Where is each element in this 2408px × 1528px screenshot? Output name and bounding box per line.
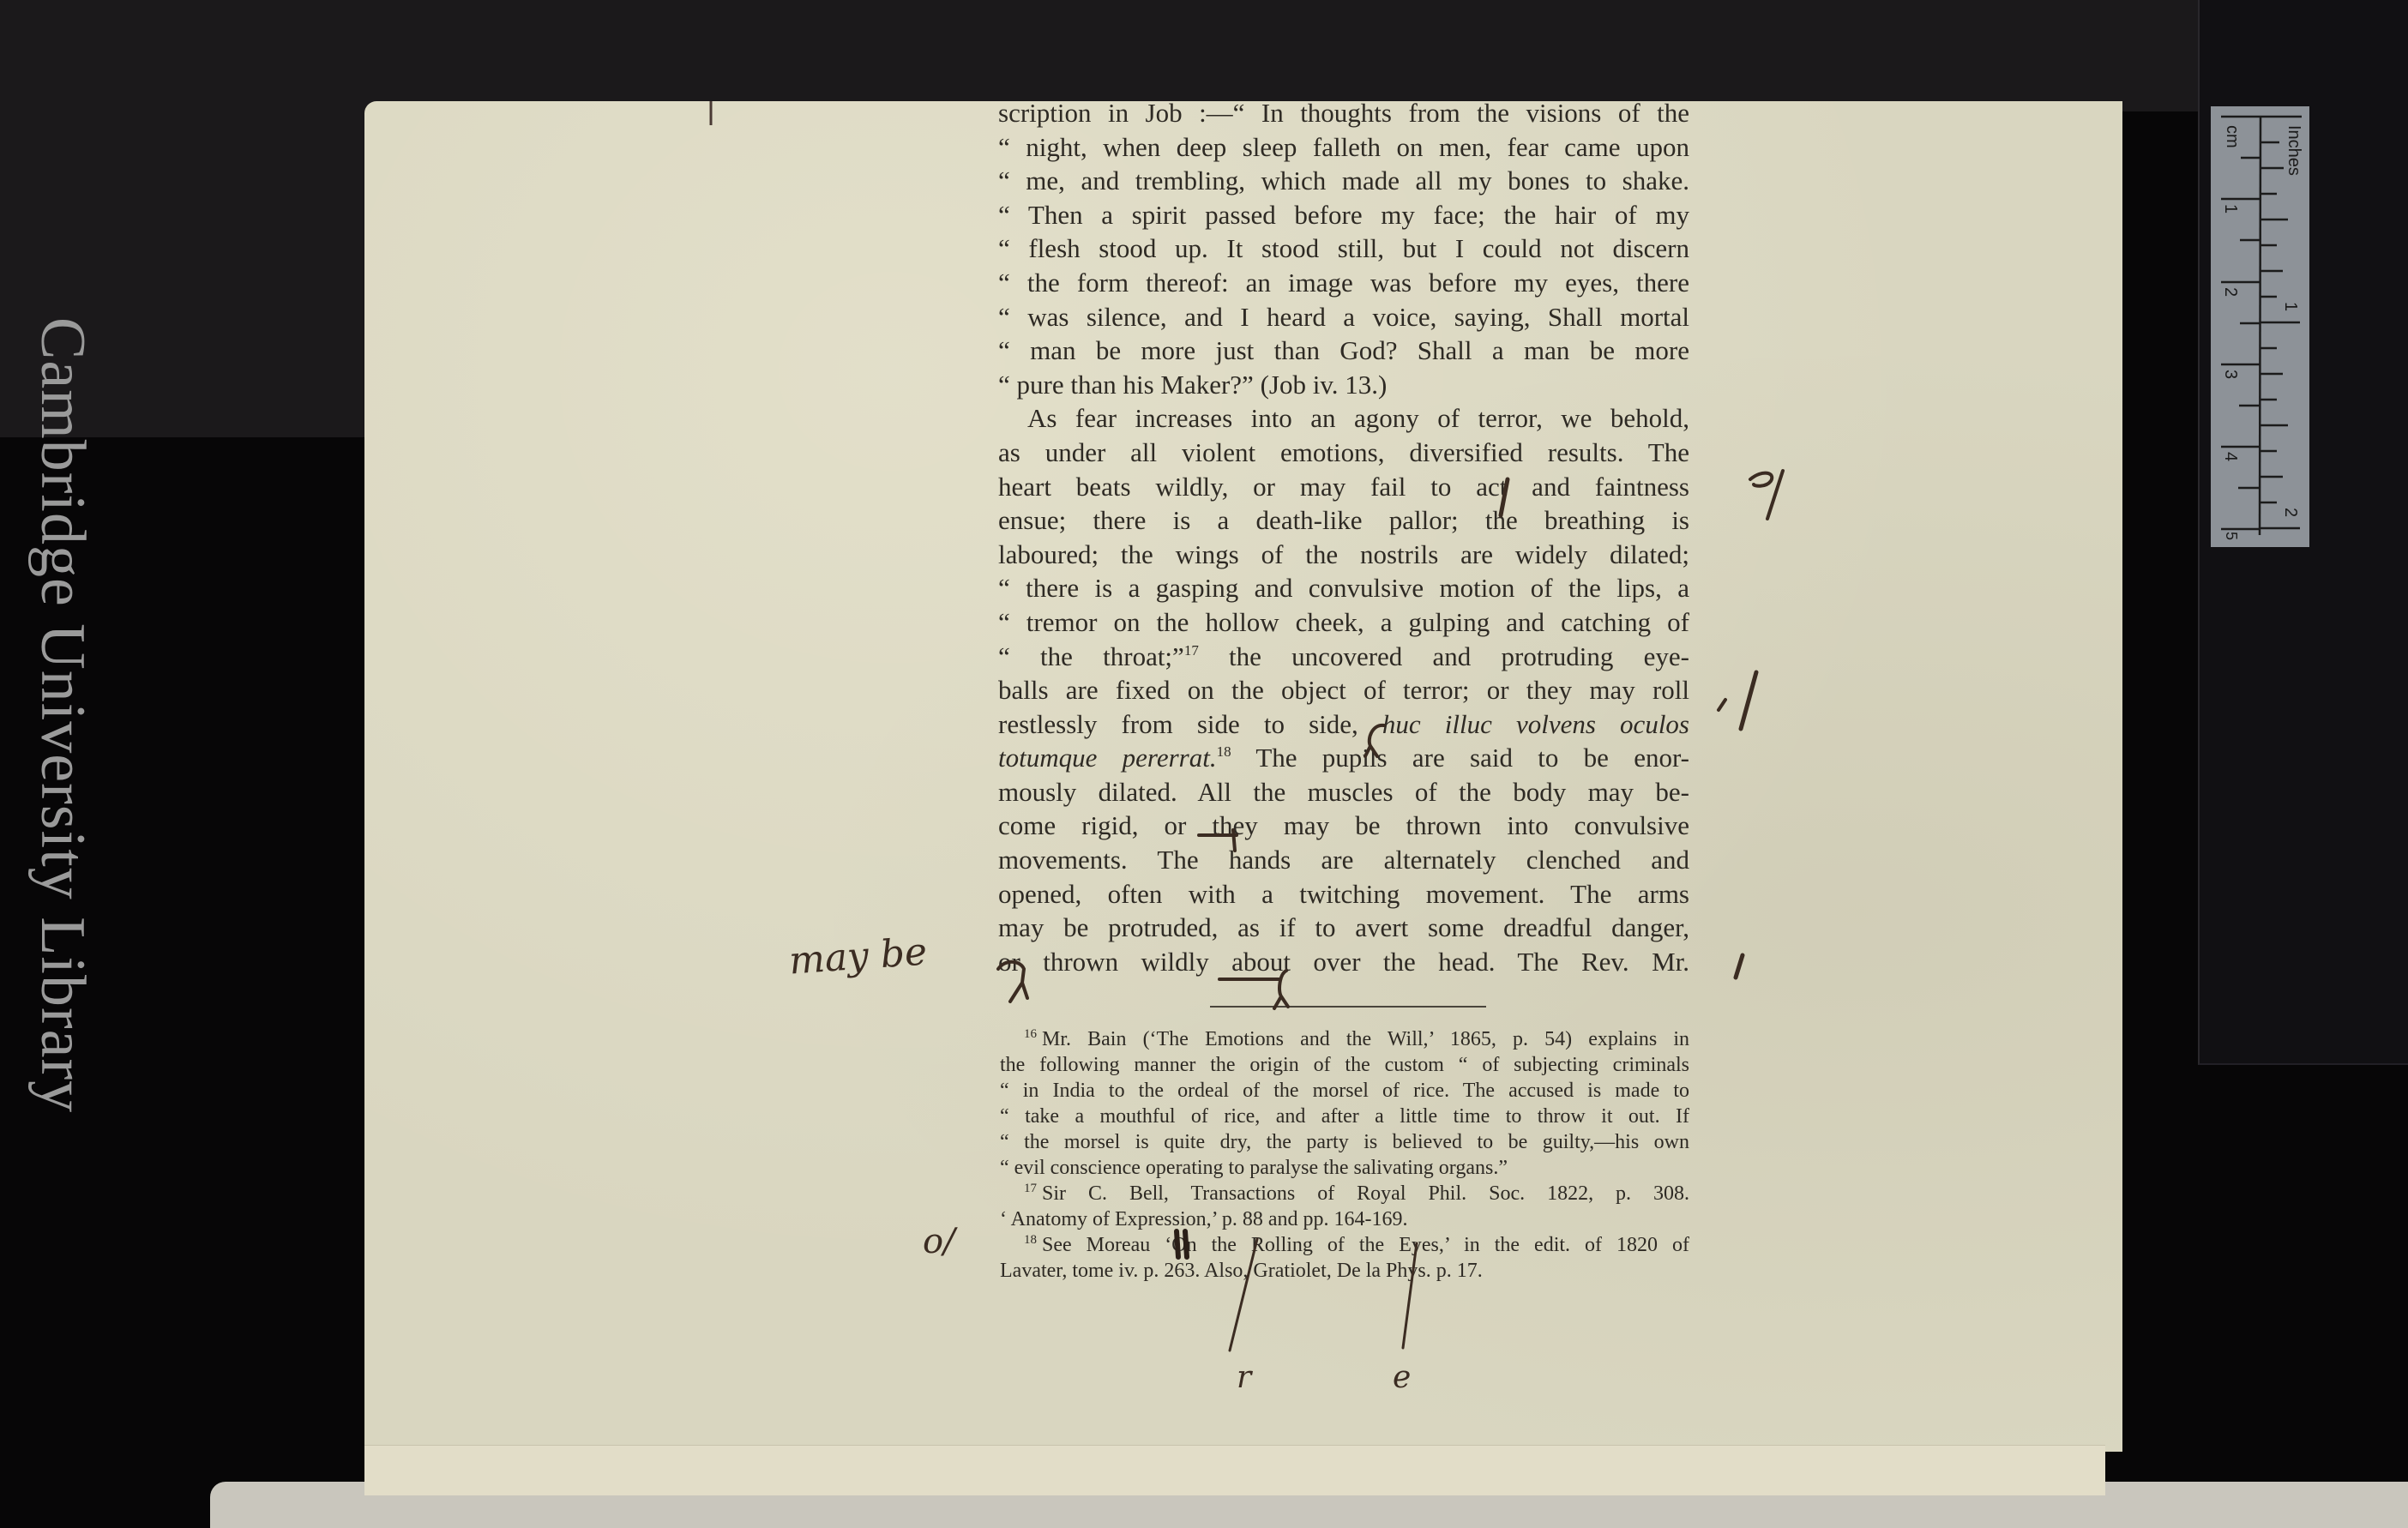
body-line-9: “ pure than his Maker?” (Job iv. 13.) bbox=[998, 368, 1689, 402]
act-insert-stroke-icon bbox=[1496, 478, 1513, 525]
comma-insert-mark-icon bbox=[1713, 652, 1773, 750]
footnote-17-line-1: 17Sir C. Bell, Transactions of Royal Phi… bbox=[1000, 1181, 1689, 1206]
ruler-inches-label: Inches bbox=[2284, 125, 2303, 176]
latin-quote-end: totumque pererrat. bbox=[998, 743, 1217, 773]
body-line-19-start: restlessly from side to side, bbox=[998, 709, 1358, 739]
body-line-22: come rigid, or they may be thrown into c… bbox=[998, 809, 1689, 843]
footnote-text: See Moreau ‘On the Rolling of the Eyes,’… bbox=[1042, 1234, 1689, 1256]
ruler-cm-label: cm bbox=[2222, 125, 2242, 148]
body-line-5: “ flesh stood up. It stood still, but I … bbox=[998, 232, 1689, 266]
footnote-18-line-1: 18See Moreau ‘On the Rolling of the Eyes… bbox=[1000, 1232, 1689, 1258]
moreau-quote-mark-icon bbox=[1170, 1228, 1195, 1266]
body-line-11: as under all violent emotions, diversifi… bbox=[998, 436, 1689, 470]
footnote-18-number: 18 bbox=[1024, 1233, 1037, 1247]
footnote-16-line-3: “ in India to the ordeal of the morsel o… bbox=[1000, 1078, 1689, 1104]
body-line-17-rest: the uncovered and protruding eye- bbox=[1199, 641, 1689, 671]
body-line-4: “ Then a spirit passed before my face; t… bbox=[998, 198, 1689, 232]
body-line-3: “ me, and trembling, which made all my b… bbox=[998, 164, 1689, 198]
body-line-14: laboured; the wings of the nostrils are … bbox=[998, 538, 1689, 572]
body-line-19: restlessly from side to side, huc illuc … bbox=[998, 707, 1689, 742]
strikethrough-they-icon bbox=[1197, 823, 1240, 862]
latin-quote: huc illuc volvens oculos bbox=[1358, 709, 1689, 739]
comma-mark-icon bbox=[1731, 952, 1748, 990]
bottom-mark-r: r bbox=[1237, 1360, 1251, 1395]
body-line-21: mously dilated. All the muscles of the b… bbox=[998, 775, 1689, 809]
footnote-text: Mr. Bain (‘The Emotions and the Will,’ 1… bbox=[1042, 1028, 1689, 1050]
scale-ruler: cm Inches 1 2 3 4 5 1 2 bbox=[2211, 106, 2309, 547]
library-watermark: Cambridge University Library bbox=[24, 317, 101, 1209]
body-line-17-start: “ the throat;” bbox=[998, 641, 1184, 671]
footnote-16-line-5: “ the morsel is quite dry, the party is … bbox=[1000, 1129, 1689, 1155]
footnote-16-line-6: “ evil conscience operating to paralyse … bbox=[1000, 1155, 1689, 1181]
body-line-13: ensue; there is a death-like pallor; the… bbox=[998, 503, 1689, 538]
caret-mark-icon bbox=[1362, 722, 1388, 764]
or-bracket-mark-icon bbox=[996, 957, 1031, 1013]
ruler-cm-3: 3 bbox=[2220, 370, 2240, 379]
footnote-18-line-2: Lavater, tome iv. p. 263. Also, Gratiole… bbox=[1000, 1258, 1689, 1284]
strikethrough-about-icon bbox=[1218, 966, 1295, 1021]
ruler-inch-1: 1 bbox=[2280, 302, 2300, 311]
body-line-17: “ the throat;”17 the uncovered and protr… bbox=[998, 640, 1689, 674]
top-margin-tick-icon bbox=[708, 101, 713, 131]
footnote-ref-18[interactable]: 18 bbox=[1217, 743, 1231, 760]
footnote-text: Sir C. Bell, Transactions of Royal Phil.… bbox=[1042, 1182, 1689, 1205]
body-line-18: balls are fixed on the object of terror;… bbox=[998, 673, 1689, 707]
body-line-15: “ there is a gasping and convulsive moti… bbox=[998, 571, 1689, 605]
body-line-23: movements. The hands are alternately cle… bbox=[998, 843, 1689, 877]
body-line-7: “ was silence, and I heard a voice, sayi… bbox=[998, 300, 1689, 334]
footnote-17-number: 17 bbox=[1024, 1182, 1037, 1195]
body-line-8: “ man be more just than God? Shall a man… bbox=[998, 334, 1689, 368]
footnote-margin-mark: o/ bbox=[923, 1222, 955, 1261]
body-line-2: “ night, when deep sleep falleth on men,… bbox=[998, 130, 1689, 165]
footnote-ref-17[interactable]: 17 bbox=[1184, 642, 1199, 659]
body-line-16: “ tremor on the hollow cheek, a gulping … bbox=[998, 605, 1689, 640]
correction-line-e-icon bbox=[1396, 1242, 1422, 1357]
body-line-24: opened, often with a twitching movement.… bbox=[998, 877, 1689, 911]
paper-slip bbox=[364, 1445, 2105, 1495]
body-line-26: or thrown wildly about over the head. Th… bbox=[998, 945, 1689, 979]
body-line-25: may be protruded, as if to avert some dr… bbox=[998, 911, 1689, 945]
delete-mark-icon bbox=[1745, 467, 1805, 540]
ruler-cm-1: 1 bbox=[2220, 204, 2240, 214]
footnote-16-line-4: “ take a mouthful of rice, and after a l… bbox=[1000, 1104, 1689, 1129]
body-line-10: As fear increases into an agony of terro… bbox=[998, 401, 1689, 436]
body-line-1: scription in Job :—“ In thoughts from th… bbox=[998, 96, 1689, 130]
body-line-6: “ the form thereof: an image was before … bbox=[998, 266, 1689, 300]
backing-board-top bbox=[364, 0, 2200, 111]
ruler-cm-2: 2 bbox=[2220, 287, 2240, 297]
body-line-20-rest: The pupils are said to be enor- bbox=[1231, 743, 1689, 773]
footnotes: 16Mr. Bain (‘The Emotions and the Will,’… bbox=[1000, 1026, 1689, 1284]
footnote-16-number: 16 bbox=[1024, 1027, 1037, 1041]
ruler-inch-2: 2 bbox=[2280, 508, 2300, 517]
bottom-mark-e: e bbox=[1393, 1360, 1411, 1395]
footnote-16-line-1: 16Mr. Bain (‘The Emotions and the Will,’… bbox=[1000, 1026, 1689, 1052]
correction-line-r-icon bbox=[1226, 1237, 1261, 1362]
body-line-20: totumque pererrat.18 The pupils are said… bbox=[998, 741, 1689, 775]
ruler-cm-5: 5 bbox=[2222, 532, 2240, 540]
footnote-17-line-2: ‘ Anatomy of Expression,’ p. 88 and pp. … bbox=[1000, 1206, 1689, 1232]
ruler-cm-4: 4 bbox=[2220, 452, 2240, 461]
body-text: scription in Job :—“ In thoughts from th… bbox=[998, 96, 1689, 978]
body-line-12: heart beats wildly, or may fail to act a… bbox=[998, 470, 1689, 504]
footnote-16-line-2: the following manner the origin of the c… bbox=[1000, 1052, 1689, 1078]
